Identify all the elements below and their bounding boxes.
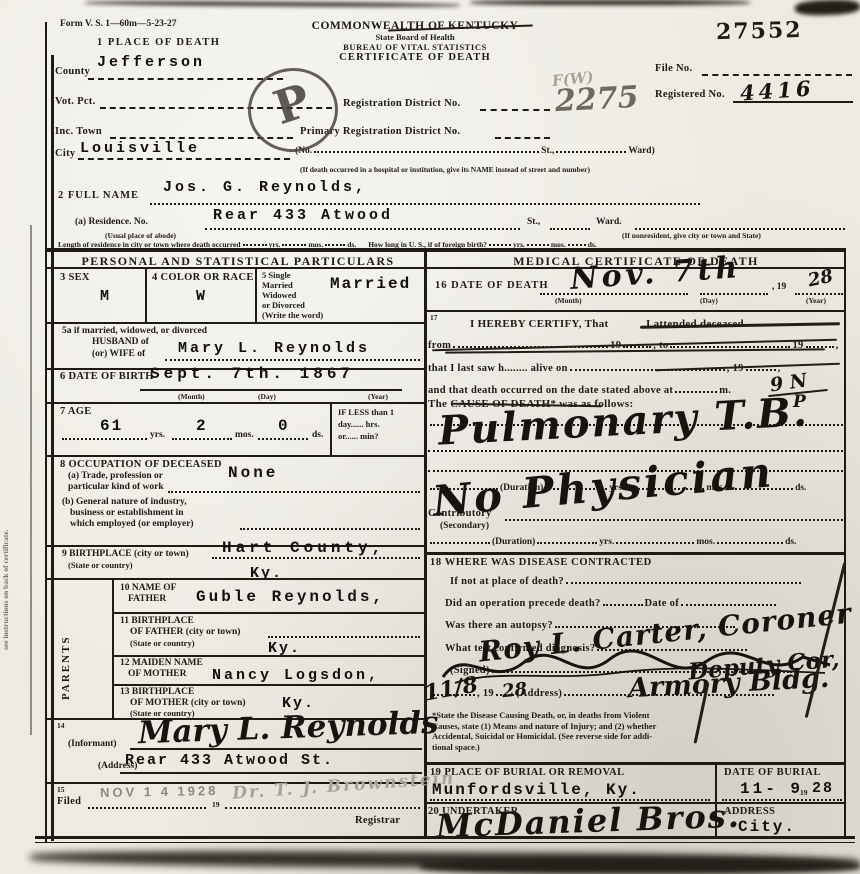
footnote-line1: *State the Disease Causing Death, or, in…: [432, 710, 844, 721]
footnote-pen2: [805, 562, 846, 718]
exam-date-value: 11/8: [422, 672, 480, 707]
vot-pct-label: Vot. Pct.: [55, 96, 96, 107]
city-value: Louisville: [80, 140, 200, 157]
spouse-line: [165, 359, 420, 361]
city-line: [78, 158, 290, 160]
color-label: 4 COLOR OR RACE: [152, 272, 254, 283]
age-yrs-label: yrs.: [150, 430, 165, 440]
filed-line2: [225, 807, 420, 809]
street-st-label: St.,: [541, 146, 554, 156]
dob-row-rule: [45, 402, 425, 404]
length-row: Length of residence in city or town wher…: [58, 240, 597, 249]
sex-label: 3 SEX: [60, 272, 90, 283]
burial-year-value: 28: [812, 780, 834, 797]
birthplace-state-label: (State or country): [68, 560, 133, 570]
us-mos: mos.: [551, 240, 566, 249]
street-ward-line: (No. St., Ward): [295, 146, 655, 156]
undertaker-address-value: City.: [738, 818, 796, 836]
married-label: 5a if married, widowed, or divorced: [62, 326, 207, 336]
footnote: *State the Disease Causing Death, or, in…: [432, 710, 844, 752]
age-row-rule: [45, 455, 425, 457]
duration2-ds: ds.: [785, 537, 796, 547]
filed-line1: [88, 807, 206, 809]
right-border: [844, 248, 846, 838]
city-label: City: [55, 148, 75, 159]
birthplace-label: 9 BIRTHPLACE (city or town): [62, 549, 189, 559]
death-occurred-label: and that death occurred on the date stat…: [428, 385, 673, 396]
filed-19: 19: [212, 800, 220, 809]
undertaker-address-label: ADDRESS: [724, 806, 775, 817]
status-line5: (Write the word): [262, 310, 323, 320]
residence-label: (a) Residence. No.: [75, 217, 148, 227]
secondary-label: (Secondary): [440, 521, 489, 531]
parents-label: PARENTS: [60, 654, 72, 700]
dob-value: Sept. 7th. 1867: [150, 365, 354, 383]
age-ds-label: ds.: [312, 430, 323, 440]
dod-day-label: (Day): [700, 296, 718, 305]
county-value: Jefferson: [97, 54, 205, 71]
scan-smudge-top-left: [85, 1, 460, 8]
occ-b1: (b) General nature of industry,: [62, 497, 187, 507]
residence-st-label: St.,: [527, 217, 540, 227]
filed-date-stamp: NOV 1 4 1928: [100, 783, 219, 800]
dod-label: 16 DATE OF DEATH: [435, 280, 549, 291]
duration2-yrs: yrs.: [599, 537, 614, 547]
burial-place-value: Munfordsville, Ky.: [432, 781, 641, 799]
from-comma: ,: [836, 340, 839, 351]
occ-b2: business or establishment in: [70, 508, 184, 518]
margin-note: see instructions on back of certificate.: [1, 290, 10, 650]
informant-address-value: Rear 433 Atwood St.: [125, 752, 334, 769]
street-ward-label: Ward): [628, 146, 654, 156]
death-certificate-scan: see instructions on back of certificate.…: [0, 0, 860, 874]
wife-label: (or) WIFE of: [92, 349, 145, 359]
status-line1: 5 Single: [262, 270, 323, 280]
operation-row: Did an operation precede death? Date of: [445, 598, 778, 609]
full-name-label: 2 FULL NAME: [58, 190, 139, 201]
dob-year-label: (Year): [368, 392, 388, 401]
dod-line3: [795, 293, 843, 295]
certify-no: 17: [430, 313, 438, 322]
age-yrs-value: 61: [100, 417, 123, 435]
length-yrs: yrs.: [269, 240, 281, 249]
status-value: Married: [330, 275, 411, 293]
filed-label: Filed: [57, 796, 81, 807]
state-board: State Board of Health: [280, 32, 550, 42]
burial-19: 19: [800, 788, 808, 797]
duration-rule: [427, 552, 845, 555]
mother-label1: 12 MAIDEN NAME: [120, 658, 203, 668]
color-value: W: [196, 288, 207, 305]
age-mos-label: mos.: [235, 430, 254, 440]
not-place-row: If not at place of death?: [450, 576, 803, 587]
mother-rule: [113, 684, 425, 686]
informant-line: [130, 748, 422, 750]
dod-19: , 19: [772, 282, 786, 292]
length-ds: ds.: [347, 240, 356, 249]
age-cell-divider: [330, 402, 332, 455]
dob-month-label: (Month): [178, 392, 205, 401]
occupation-label: 8 OCCUPATION OF DECEASED: [60, 459, 222, 470]
certify-label: I HEREBY CERTIFY, That: [470, 318, 608, 330]
fold-line: [30, 225, 32, 735]
cert-number: 27552: [716, 17, 803, 45]
dob-line: [140, 389, 402, 391]
occ-b-line: [240, 528, 420, 530]
father-label2: FATHER: [128, 594, 166, 604]
registered-no-line: [733, 101, 853, 103]
dod-year-label: (Year): [806, 296, 826, 305]
occ-b3: which employed (or employer): [70, 519, 194, 529]
contributory-line: [505, 519, 843, 521]
us-label: How long in U. S., if of foreign birth?: [368, 240, 487, 249]
age-line1: [62, 438, 147, 440]
birthplace-value: Hart County,: [222, 539, 385, 557]
p-stamp-letter: P: [267, 73, 317, 135]
duration2-label: (Duration): [492, 537, 535, 547]
status-line4: or Divorced: [262, 300, 323, 310]
full-name-line: [150, 203, 700, 205]
length-label: Length of residence in city or town wher…: [58, 240, 241, 249]
age-line2: [172, 438, 232, 440]
residence-line: [205, 228, 520, 230]
operation-label: Did an operation precede death?: [445, 598, 601, 609]
occupation-value: None: [228, 464, 278, 482]
father-rule: [113, 612, 425, 614]
burial-top-rule: [427, 762, 845, 765]
dod-line2: [700, 293, 768, 295]
certificate-title: CERTIFICATE OF DEATH: [280, 52, 550, 63]
registrar-label: Registrar: [355, 815, 400, 826]
status-line2: Married: [262, 280, 323, 290]
contributory-label: Contributory: [428, 508, 492, 519]
age-line3: [258, 438, 308, 440]
age-ds-value: 0: [278, 417, 290, 435]
us-yrs: yrs.: [513, 240, 525, 249]
status-cell: 5 Single Married Widowed or Divorced (Wr…: [262, 270, 323, 320]
father-label1: 10 NAME OF: [120, 583, 176, 593]
birthplace-line: [212, 557, 420, 559]
mother-bp-label1: 13 BIRTHPLACE: [120, 687, 194, 697]
father-bp-rule: [113, 655, 425, 657]
day-hrs-label: day...... hrs.: [338, 419, 380, 429]
inc-town-label: Inc. Town: [55, 126, 102, 137]
place-of-death-label: 1 PLACE OF DEATH: [97, 37, 220, 48]
burial-date-value: 11- 9: [740, 780, 803, 798]
not-place-label: If not at place of death?: [450, 576, 564, 587]
birthplace-row-rule: [45, 578, 425, 580]
age-mos-value: 2: [196, 417, 208, 435]
scan-smudge-top-right: [470, 0, 750, 5]
exam-year-value: 28: [501, 679, 528, 703]
hospital-note: (If death occurred in a hospital or inst…: [300, 165, 590, 174]
father-bp-label2: OF FATHER (city or town): [130, 627, 240, 637]
dob-label: 6 DATE OF BIRTH: [60, 371, 154, 382]
parents-divider: [112, 578, 114, 718]
father-bp-label3: (State or country): [130, 638, 195, 648]
filed-no: 15: [57, 785, 65, 794]
dod-year-value: 28: [806, 266, 835, 292]
father-bp-label1: 11 BIRTHPLACE: [120, 616, 194, 626]
husband-label: HUSBAND of: [92, 337, 149, 347]
duration2-mos: mos.: [696, 537, 715, 547]
dod-month-label: (Month): [555, 296, 582, 305]
residence-value: Rear 433 Atwood: [213, 207, 393, 224]
residence-ward-label: Ward.: [596, 217, 622, 227]
residence-ward-line1: [550, 228, 590, 230]
burial-date-label: DATE OF BURIAL: [724, 767, 821, 778]
last-saw-label: that I last saw h........ alive on: [428, 363, 568, 374]
dod-row-rule: [427, 310, 845, 312]
mother-label2: OF MOTHER: [128, 669, 187, 679]
mother-bp-label2: OF MOTHER (city or town): [130, 698, 246, 708]
occ-a-line: [168, 491, 420, 493]
length-mos: mos.: [308, 240, 323, 249]
dob-day-label: (Day): [258, 392, 276, 401]
date-of-label: Date of: [645, 598, 679, 609]
registration-district-label: Registration District No.: [343, 98, 460, 109]
mother-value: Nancy Logsdon,: [212, 667, 380, 684]
registered-no-label: Registered No.: [655, 89, 725, 100]
sex-value: M: [100, 288, 111, 305]
abode-note: (Usual place of abode): [105, 231, 176, 240]
scan-band-bottom2: [420, 858, 860, 874]
file-no-line: [702, 74, 852, 76]
disease-label: 18 WHERE WAS DISEASE CONTRACTED: [430, 557, 652, 568]
registration-district-line: [480, 109, 550, 111]
us-ds: ds.: [588, 240, 597, 249]
county-line: [88, 78, 283, 80]
duration1-ds: ds.: [795, 483, 806, 493]
scan-blob-corner: [795, 0, 860, 16]
footnote-line4: tional space.): [432, 742, 844, 753]
occ-a1: (a) Trade, profession or: [68, 471, 163, 481]
footnote-line2: Causes, state (1) Means and nature of In…: [432, 721, 844, 732]
spouse-value: Mary L. Reynolds: [178, 340, 370, 357]
full-name-value: Jos. G. Reynolds,: [163, 179, 367, 196]
footnote-line3: Accidental, Suicidal or Homicidal. (See …: [432, 731, 844, 742]
if-less-label: IF LESS than 1: [338, 407, 394, 417]
bureau: BUREAU OF VITAL STATISTICS: [280, 42, 550, 52]
left-header-rule: [45, 267, 425, 269]
informant-label: (Informant): [68, 739, 117, 749]
primary-registration-line: [495, 137, 550, 139]
residence-ward-line2: [635, 228, 845, 230]
burial-label: 19 PLACE OF BURIAL OR REMOVAL: [430, 767, 625, 778]
color-cell-divider: [255, 267, 257, 322]
status-line3: Widowed: [262, 290, 323, 300]
informant-no: 14: [57, 721, 65, 730]
registrar-signature: Dr. T. J. Brownstein: [232, 768, 456, 804]
sex-row-rule: [45, 322, 425, 324]
occ-a2: particular kind of work: [68, 482, 164, 492]
left-border-inner: [51, 55, 54, 841]
file-no-label: File No.: [655, 63, 692, 74]
nonresident-note: (If nonresident, give city or town and S…: [622, 231, 761, 240]
or-min-label: or...... min?: [338, 431, 379, 441]
age-label: 7 AGE: [60, 406, 92, 417]
column-divider: [424, 248, 427, 838]
father-bp-line: [268, 636, 420, 638]
sex-cell-divider: [145, 267, 147, 322]
father-value: Guble Reynolds,: [196, 588, 385, 606]
county-label: County: [55, 66, 90, 77]
form-code: Form V. S. 1—60m—5-23-27: [60, 19, 177, 29]
duration-row2: (Duration) yrs. mos. ds.: [428, 537, 796, 547]
